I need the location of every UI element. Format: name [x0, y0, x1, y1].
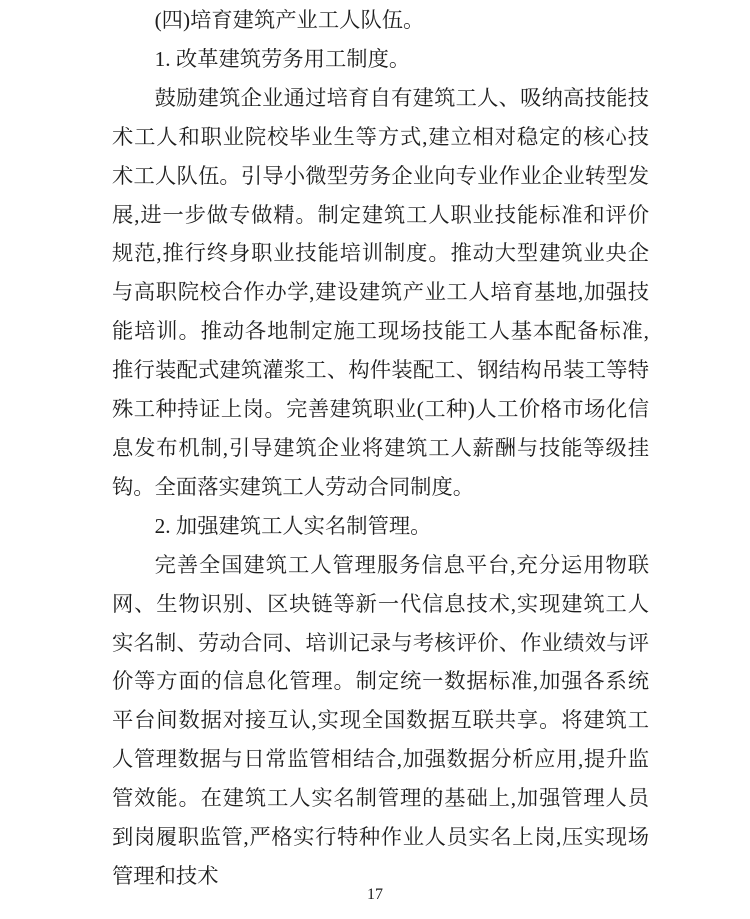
document-text-area: (四)培育建筑产业工人队伍。 1. 改革建筑劳务用工制度。 鼓励建筑企业通过培育…	[112, 1, 649, 896]
paragraph-labor-system-reform: 鼓励建筑企业通过培育自有建筑工人、吸纳高技能技术工人和职业院校毕业生等方式,建立…	[112, 79, 649, 507]
page-footer: 17	[0, 886, 750, 904]
paragraph-real-name-management: 完善全国建筑工人管理服务信息平台,充分运用物联网、生物识别、区块链等新一代信息技…	[112, 546, 649, 896]
subsection-heading-1: 1. 改革建筑劳务用工制度。	[112, 40, 649, 79]
subsection-heading-2: 2. 加强建筑工人实名制管理。	[112, 507, 649, 546]
scanned-document-page: { "page": { "background_color": "#ffffff…	[0, 0, 750, 919]
page-number: 17	[367, 886, 383, 903]
section-heading-level1: (四)培育建筑产业工人队伍。	[112, 1, 649, 40]
